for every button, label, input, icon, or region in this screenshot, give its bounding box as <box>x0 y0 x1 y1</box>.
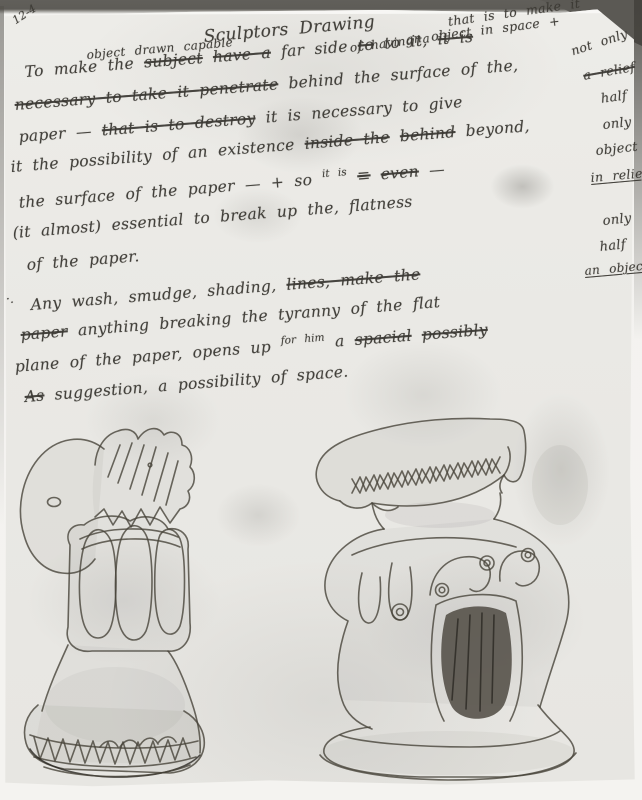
text-segment: To make the <box>24 54 145 81</box>
text-segment: subject <box>143 49 203 72</box>
manuscript-page-number: 12-4 <box>10 2 39 27</box>
manuscript-insert-a-relief: a relief <box>582 59 636 83</box>
text-segment: 12-4 <box>10 2 39 27</box>
text-segment: to <box>357 36 375 55</box>
text-segment: object <box>595 140 639 159</box>
text-segment: it is <box>437 28 474 49</box>
text-segment: — <box>418 160 445 180</box>
text-segment: ·. <box>6 292 14 306</box>
text-segment: half <box>600 88 628 107</box>
manuscript-insert-not-only: not only <box>569 26 629 58</box>
text-segment: it is <box>322 166 348 180</box>
text-segment: only <box>602 211 632 229</box>
text-segment: it is necessary to give <box>255 93 463 127</box>
text-segment: penetrate <box>199 75 279 99</box>
text-segment: an object <box>584 258 642 277</box>
manuscript-text: 12-4Sculptors Drawingthat is to make ita… <box>0 0 642 800</box>
text-segment: of the paper. <box>26 247 140 274</box>
text-segment: paper <box>20 322 68 344</box>
manuscript-margin-only-1: only <box>602 115 632 133</box>
text-segment: only <box>602 115 632 133</box>
text-segment: far side <box>270 37 358 62</box>
text-segment: to it, <box>373 31 438 54</box>
photograph-background: 12-4Sculptors Drawingthat is to make ita… <box>0 0 642 800</box>
text-segment: behind <box>399 123 456 145</box>
text-segment: ≡ <box>357 166 372 185</box>
text-segment: half <box>599 237 627 255</box>
text-segment: a relief <box>582 59 636 83</box>
text-segment: for him <box>280 332 325 347</box>
text-segment: inside the <box>304 128 390 153</box>
manuscript-margin-an-object: an object <box>584 258 642 277</box>
manuscript-margin-dot: ·. <box>6 292 14 306</box>
text-segment: necessary to <box>14 87 133 114</box>
manuscript-margin-half-2: half <box>599 237 627 255</box>
manuscript-margin-half-1: half <box>600 88 628 107</box>
manuscript-margin-object: object <box>595 140 639 159</box>
text-segment: paper — <box>18 121 103 145</box>
manuscript-margin-in-relief: in relief <box>590 165 642 185</box>
text-segment: beyond, <box>455 117 531 141</box>
text-segment: behind the surface of the, <box>278 56 519 93</box>
text-segment: a <box>324 331 355 351</box>
text-segment: even <box>380 162 420 183</box>
manuscript-line-7: of the paper. <box>26 247 140 274</box>
text-segment: not only <box>569 26 629 58</box>
text-segment: possibly <box>421 321 488 344</box>
manuscript-margin-only-2: only <box>602 211 632 229</box>
text-segment: take it <box>131 81 200 104</box>
text-segment: As <box>24 386 45 405</box>
text-segment: lines, make the <box>286 265 421 293</box>
text-segment: in relief <box>590 165 642 185</box>
text-segment: have a <box>212 44 271 67</box>
text-segment: spacial <box>354 327 412 349</box>
text-segment: that is to destroy <box>101 109 256 139</box>
